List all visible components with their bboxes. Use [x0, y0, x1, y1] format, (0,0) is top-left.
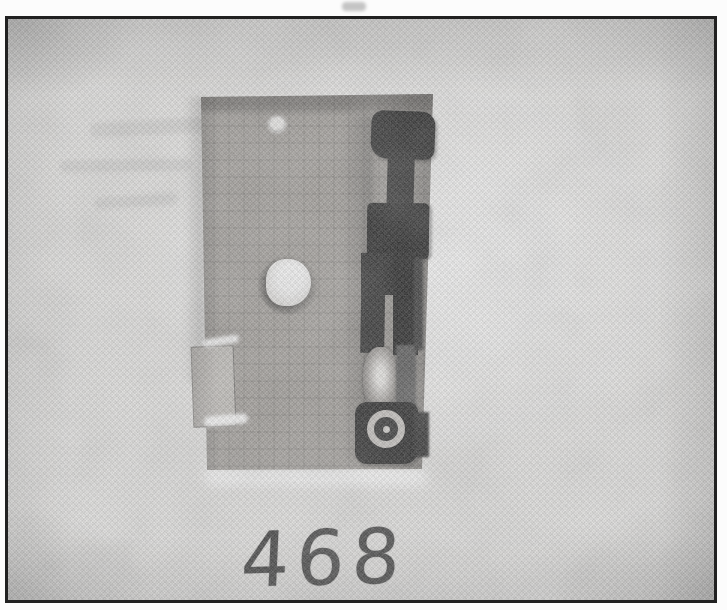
ghost-mark: [60, 158, 192, 173]
keeper-edge: [414, 412, 429, 457]
center-hole: [266, 259, 311, 306]
ink-smudge: [342, 2, 366, 11]
screw-hole: [269, 117, 285, 132]
photo-frame: 468: [5, 16, 717, 603]
handwritten-label: 468: [239, 510, 443, 603]
keeper-edge: [414, 258, 423, 350]
ghost-mark: [94, 192, 179, 210]
plate-highlight: [205, 468, 427, 486]
photo-page: 468: [0, 0, 727, 610]
lever-body: [367, 203, 429, 260]
lever-arm-left: [360, 253, 386, 353]
rivet-center: [383, 426, 390, 433]
